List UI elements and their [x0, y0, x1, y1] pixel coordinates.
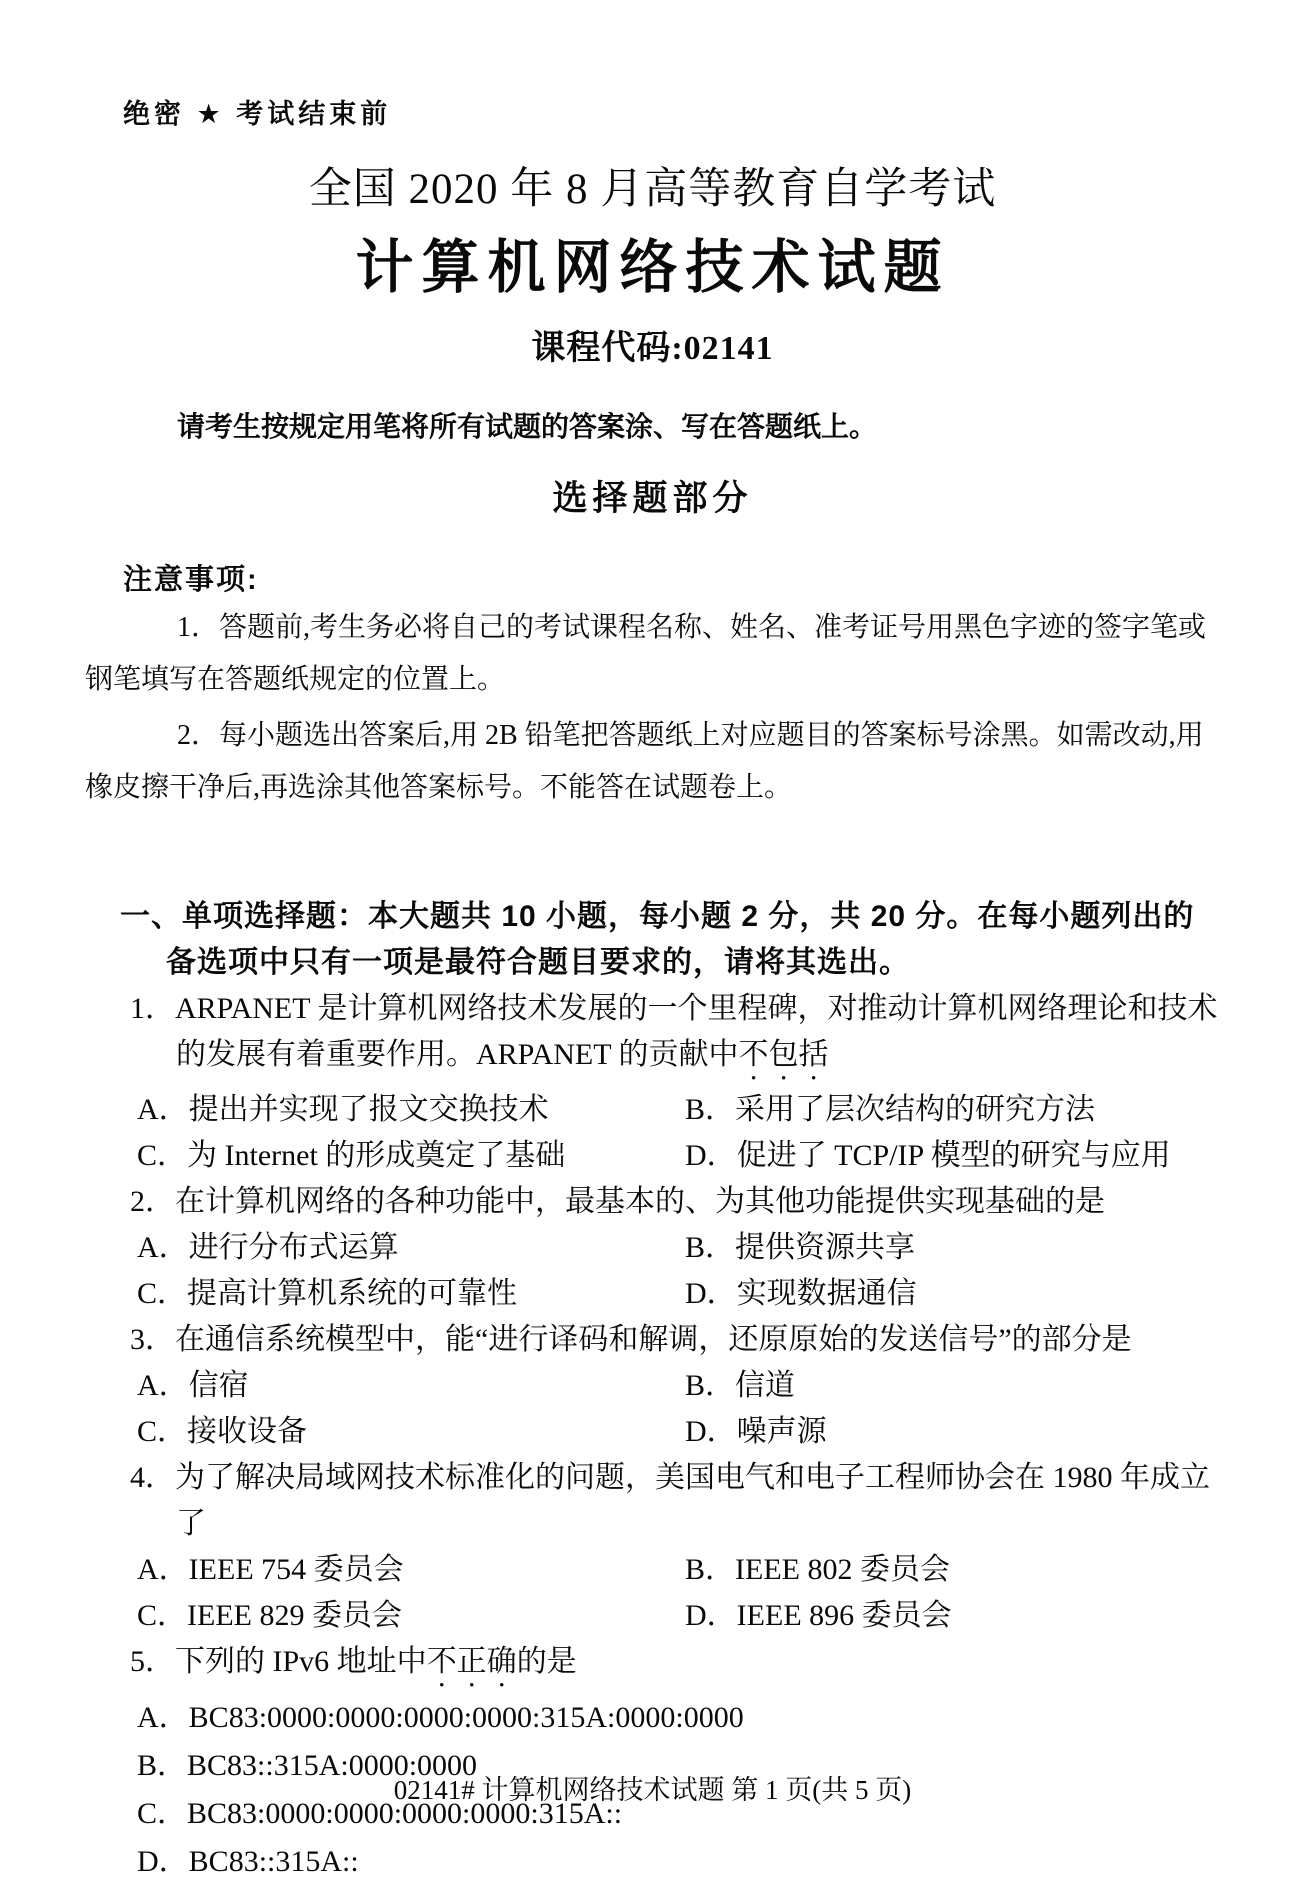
section-label: 一、 — [120, 900, 182, 933]
notes-block: 注意事项: 1．答题前,考生务必将自己的考试课程名称、姓名、准考证号用黑色字迹的… — [85, 557, 1220, 814]
option-d: D．实现数据通信 — [685, 1271, 1220, 1317]
option-d: D．BC83::315A:: — [137, 1838, 1220, 1881]
section-title: 单项选择题：本大题共 10 小题，每小题 2 分，共 20 分。在每小题列出的备… — [166, 900, 1194, 979]
option-label: B． — [685, 1231, 735, 1264]
option-label: C． — [137, 1139, 187, 1172]
option-label: C． — [137, 1415, 187, 1448]
question-number: 1． — [130, 992, 175, 1025]
question-4-text: 4．为了解决局域网技术标准化的问题，美国电气和电子工程师协会在 1980 年成立… — [130, 1455, 1220, 1547]
option-a: A．提出并实现了报文交换技术 — [137, 1087, 685, 1133]
option-label: B． — [685, 1553, 735, 1586]
option-c: C．为 Internet 的形成奠定了基础 — [137, 1133, 685, 1179]
option-b: B．信道 — [685, 1363, 1220, 1409]
option-label: D． — [685, 1599, 737, 1632]
question-1-options: A．提出并实现了报文交换技术 B．采用了层次结构的研究方法 C．为 Intern… — [137, 1087, 1220, 1179]
option-a: A．IEEE 754 委员会 — [137, 1547, 685, 1593]
question-2-text: 2．在计算机网络的各种功能中，最基本的、为其他功能提供实现基础的是 — [130, 1179, 1220, 1225]
option-label: D． — [685, 1139, 737, 1172]
option-label: B． — [685, 1093, 735, 1126]
option-c: C．IEEE 829 委员会 — [137, 1593, 685, 1639]
option-c: C．提高计算机系统的可靠性 — [137, 1271, 685, 1317]
classification-banner: 绝密 ★ 考试结束前 — [123, 92, 1220, 131]
option-label: A． — [137, 1369, 189, 1402]
part-heading: 选择题部分 — [85, 471, 1220, 521]
question-1: 1．ARPANET 是计算机网络技术发展的一个里程碑，对推动计算机网络理论和技术… — [85, 986, 1220, 1179]
question-number: 3． — [130, 1323, 175, 1356]
option-label: D． — [685, 1277, 737, 1310]
option-label: A． — [137, 1553, 189, 1586]
question-number: 5． — [130, 1645, 175, 1678]
option-label: A． — [137, 1231, 189, 1264]
option-label: C． — [137, 1599, 187, 1632]
question-5-text: 5．下列的 IPv6 地址中不正确的是 — [130, 1639, 1220, 1694]
note-item-1: 1．答题前,考生务必将自己的考试课程名称、姓名、准考证号用黑色字迹的签字笔或钢笔… — [85, 602, 1220, 706]
question-5: 5．下列的 IPv6 地址中不正确的是 A．BC83:0000:0000:000… — [85, 1639, 1220, 1881]
option-a: A．进行分布式运算 — [137, 1225, 685, 1271]
option-label: A． — [137, 1701, 189, 1734]
option-d: D．噪声源 — [685, 1409, 1220, 1455]
option-b: B．采用了层次结构的研究方法 — [685, 1087, 1220, 1133]
option-label: D． — [685, 1415, 737, 1448]
candidate-instruction: 请考生按规定用笔将所有试题的答案涂、写在答题纸上。 — [85, 405, 1220, 445]
question-2: 2．在计算机网络的各种功能中，最基本的、为其他功能提供实现基础的是 A．进行分布… — [85, 1179, 1220, 1317]
option-label: B． — [685, 1369, 735, 1402]
question-3-options: A．信宿 B．信道 C．接收设备 D．噪声源 — [137, 1363, 1220, 1455]
option-label: C． — [137, 1277, 187, 1310]
page-footer: 02141# 计算机网络技术试题 第 1 页(共 5 页) — [0, 1768, 1305, 1807]
question-3: 3．在通信系统模型中，能“进行译码和解调，还原原始的发送信号”的部分是 A．信宿… — [85, 1317, 1220, 1455]
exam-page: 绝密 ★ 考试结束前 全国 2020 年 8 月高等教育自学考试 计算机网络技术… — [0, 0, 1305, 1881]
option-label: A． — [137, 1093, 189, 1126]
paper-title: 计算机网络技术试题 — [85, 220, 1220, 304]
question-number: 4． — [130, 1461, 175, 1494]
question-4: 4．为了解决局域网技术标准化的问题，美国电气和电子工程师协会在 1980 年成立… — [85, 1455, 1220, 1639]
question-4-options: A．IEEE 754 委员会 B．IEEE 802 委员会 C．IEEE 829… — [137, 1547, 1220, 1639]
question-1-text: 1．ARPANET 是计算机网络技术发展的一个里程碑，对推动计算机网络理论和技术… — [130, 986, 1220, 1087]
option-a: A．信宿 — [137, 1363, 685, 1409]
option-d: D．IEEE 896 委员会 — [685, 1593, 1220, 1639]
question-3-text: 3．在通信系统模型中，能“进行译码和解调，还原原始的发送信号”的部分是 — [130, 1317, 1220, 1363]
question-number: 2． — [130, 1185, 175, 1218]
option-b: B．IEEE 802 委员会 — [685, 1547, 1220, 1593]
option-b: B．提供资源共享 — [685, 1225, 1220, 1271]
course-code: 课程代码:02141 — [85, 320, 1220, 369]
option-d: D．促进了 TCP/IP 模型的研究与应用 — [685, 1133, 1220, 1179]
emphasized-text: 不正确 — [427, 1645, 517, 1678]
exam-title: 全国 2020 年 8 月高等教育自学考试 — [85, 155, 1220, 216]
section-one-heading: 一、单项选择题：本大题共 10 小题，每小题 2 分，共 20 分。在每小题列出… — [120, 894, 1220, 986]
emphasized-text: 不包括 — [739, 1038, 829, 1071]
option-label: D． — [137, 1845, 189, 1878]
notes-heading: 注意事项: — [123, 557, 1220, 598]
note-item-2: 2．每小题选出答案后,用 2B 铅笔把答题纸上对应题目的答案标号涂黑。如需改动,… — [85, 710, 1220, 814]
option-a: A．BC83:0000:0000:0000:0000:315A:0000:000… — [137, 1694, 1220, 1742]
option-c: C．接收设备 — [137, 1409, 685, 1455]
question-2-options: A．进行分布式运算 B．提供资源共享 C．提高计算机系统的可靠性 D．实现数据通… — [137, 1225, 1220, 1317]
